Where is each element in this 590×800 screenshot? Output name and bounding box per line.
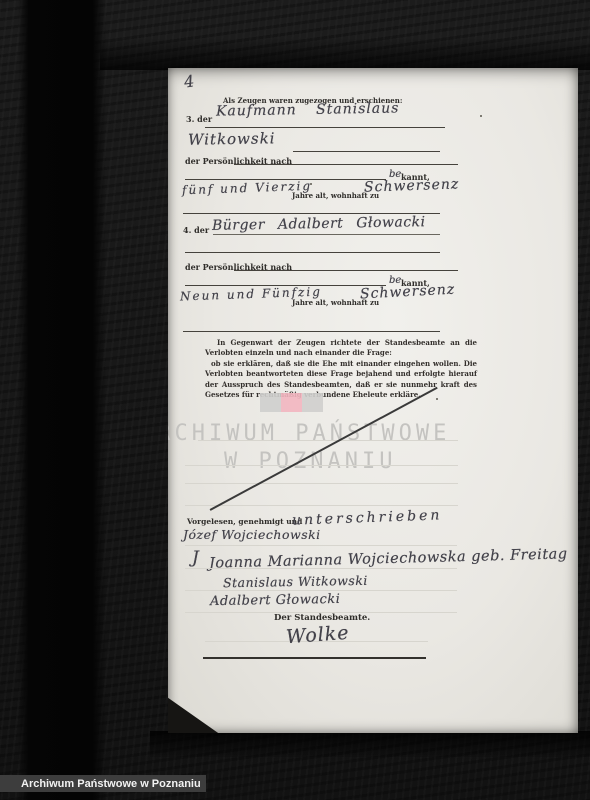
form-line (185, 252, 440, 253)
logo-square-gray-right (302, 393, 323, 412)
faint-rule (185, 545, 457, 546)
dust-speck (436, 398, 438, 400)
declaration-part2: ob sie erklären, daß sie die Ehe mit ein… (205, 359, 477, 401)
closing-printed: Vorgelesen, genehmigt und (187, 517, 302, 526)
registrar-label: Der Standesbeamte. (274, 613, 370, 623)
book-spine-shadow (18, 0, 106, 800)
logo-square-pink (281, 393, 302, 412)
faint-rule (185, 505, 458, 506)
witness3-surname: Witkowski (188, 129, 276, 149)
form-line (205, 127, 445, 128)
dust-speck (310, 183, 312, 185)
signature-jozef-wojciechowski: Józef Wojciechowski (183, 527, 321, 542)
signature-row-joanna: J Joanna Marianna Wojciechowska geb. Fre… (192, 548, 568, 568)
faint-rule (185, 590, 457, 591)
watermark-line2: W POZNANIU (224, 449, 396, 474)
registrar-signature: Wolke (285, 622, 350, 648)
faint-rule (198, 440, 458, 441)
form-line (234, 164, 458, 165)
closing-handwritten: unterschrieben (292, 507, 443, 528)
register-page: 4 Als Zeugen waren zugezogen und erschie… (168, 68, 578, 733)
witness3-index: 3. der (186, 114, 212, 124)
archive-caption-bar: Archiwum Państwowe w Poznaniu (0, 775, 206, 792)
form-line (213, 234, 440, 235)
signature-flourish: J (192, 548, 199, 568)
form-line (293, 151, 440, 152)
signature-adalbert-glowacki: Adalbert Głowacki (210, 592, 341, 609)
page-bottom-shadow (150, 731, 590, 757)
signature-stanislaus-witkowski: Stanislaus Witkowski (223, 573, 368, 591)
watermark-line1: ARCHIWUM PAŃSTWOWE (168, 421, 450, 446)
witness3-residence: Schwersenz (364, 176, 460, 195)
witness3-occupation-name: Kaufmann Stanislaus (216, 100, 400, 119)
dust-speck (480, 115, 482, 117)
archive-scan-viewer: { "archive": { "footer_caption": "Archiw… (0, 0, 590, 800)
form-line (234, 270, 458, 271)
page-number: 4 (183, 71, 196, 91)
declaration-part1: In Gegenwart der Zeugen richtete der Sta… (205, 338, 477, 359)
faint-rule (185, 483, 458, 484)
declaration-paragraph: In Gegenwart der Zeugen richtete der Sta… (205, 338, 477, 400)
closing-rule (203, 657, 426, 659)
faint-rule (185, 465, 458, 466)
witness4-occupation-name: Bürger Adalbert Głowacki (212, 214, 426, 234)
form-line (183, 331, 440, 332)
witness4-index: 4. der (183, 225, 209, 235)
archive-logo-watermark (260, 393, 323, 412)
logo-square-gray-left (260, 393, 281, 412)
faint-rule (185, 568, 457, 569)
page-top-shadow (100, 38, 590, 70)
archive-caption-text: Archiwum Państwowe w Poznaniu (0, 778, 201, 790)
page-corner-shadow (168, 697, 221, 733)
